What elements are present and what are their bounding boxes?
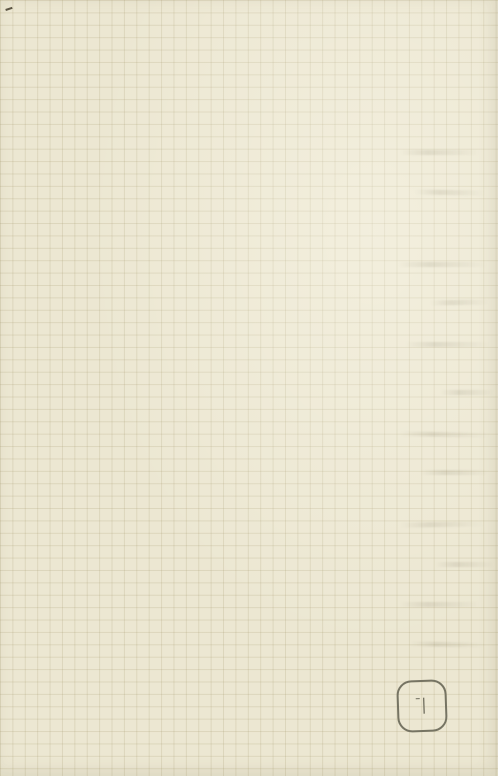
ink-corner-mark [4, 4, 12, 11]
bleedthrough-artifact [435, 562, 495, 567]
bleedthrough-artifact [440, 390, 495, 395]
stamp-top-row: | [416, 697, 428, 713]
bleedthrough-artifact [400, 521, 485, 527]
archive-number-stamp: | [396, 679, 448, 733]
bleedthrough-artifact [400, 431, 490, 438]
manuscript-page: | [0, 0, 498, 776]
bleedthrough-artifact [420, 470, 490, 475]
bleedthrough-artifact [430, 299, 490, 305]
bleedthrough-artifact [410, 641, 485, 647]
stamp-roman-numeral [416, 697, 420, 699]
handwritten-text-block [10, 19, 390, 22]
bleedthrough-artifact [415, 189, 485, 195]
bleedthrough-artifact [398, 262, 488, 267]
bleedthrough-artifact [400, 602, 480, 607]
stamp-divider: | [421, 697, 427, 713]
bleedthrough-artifact [405, 342, 490, 347]
bleedthrough-artifact [400, 150, 480, 155]
